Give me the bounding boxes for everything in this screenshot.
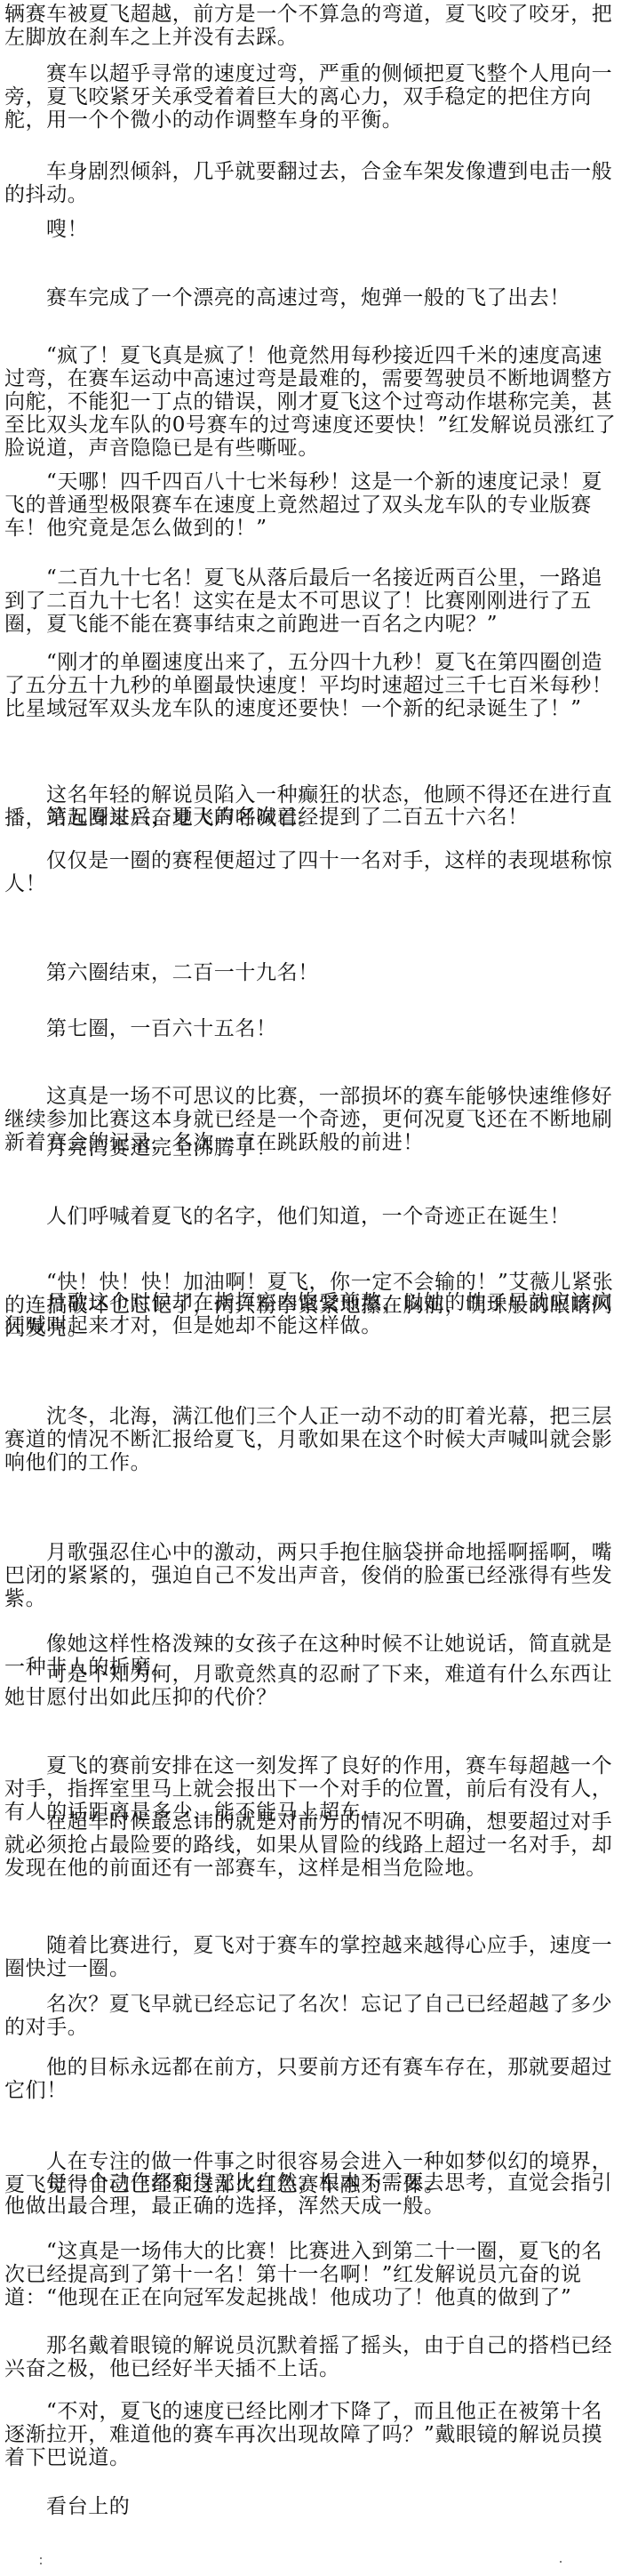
paragraph-31: “这真是一场伟大的比赛！比赛进入到第二十一圈，夏飞的名次已经提高到了第十一名！第… [4,2240,618,2309]
paragraph-14: 第七圈，一百六十五名！ [4,1017,618,1040]
paragraph-25: 在超车时候最忌讳的就是对前方的情况不明确，想要超过对手就必须抢占最险要的路线，如… [4,1810,618,1880]
paragraph-19: 月歌这个时候却在指挥室内饱受煎熬，以她的性子早就应该疯狂喊叫起来才对，但是她却不… [4,1291,618,1337]
paragraph-17: 人们呼喊着夏飞的名字，他们知道，一个奇迹正在诞生！ [4,1205,618,1228]
paragraph-33: “不对，夏飞的速度已经比刚才下降了，而且他正在被第十名逐渐拉开，难道他的赛车再次… [4,2400,618,2469]
paragraph-5: 赛车完成了一个漂亮的高速过弯，炮弹一般的飞了出去！ [4,286,618,309]
document-page: 辆赛车被夏飞超越，前方是一个不算急的弯道，夏飞咬了咬牙，把左脚放在刹车之上并没有… [0,0,622,2576]
paragraph-1: 辆赛车被夏飞超越，前方是一个不算急的弯道，夏飞咬了咬牙，把左脚放在刹车之上并没有… [4,3,618,49]
paragraph-9: “刚才的单圈速度出来了，五分四十九秒！夏飞在第四圈创造了五分五十九秒的单圈最快速… [4,651,618,720]
paragraph-23: 可是不知为何，月歌竟然真的忍耐了下来，难道有什么东西让她甘愿付出如此压抑的代价？ [4,1663,618,1709]
paragraph-3: 车身剧烈倾斜，几乎就要翻过去，合金车架发像遭到电击一般的抖动。 [4,160,618,206]
paragraph-27: 名次？夏飞早就已经忘记了名次！忘记了自己已经超越了多少的对手。 [4,1993,618,2039]
paragraph-2: 赛车以超乎寻常的速度过弯，严重的侧倾把夏飞整个人甩向一旁，夏飞咬紧牙关承受着着巨… [4,62,618,132]
paragraph-20: 沈冬，北海，满江他们三个人正一动不动的盯着光幕，把三层赛道的情况不断汇报给夏飞，… [4,1405,618,1474]
scan-dot-artifact [40,2563,42,2564]
paragraph-28: 他的目标永远都在前方，只要前方还有赛车存在，那就要超过它们！ [4,2056,618,2102]
paragraph-30: 每一个动作都变得无比自然，根本不需要去思考，直觉会指引他做出最合理，最正确的选择… [4,2171,618,2218]
scan-dot-artifact [40,2557,42,2559]
paragraph-8: “二百九十七名！夏飞从落后最后一名接近两百公里，一路追到了二百九十七名！这实在是… [4,566,618,636]
paragraph-21: 月歌强忍住心中的激动，两只手抱住脑袋拼命地摇啊摇啊，嘴巴闭的紧紧的，强迫自己不发… [4,1541,618,1610]
paragraph-13: 第六圈结束，二百一十九名！ [4,961,618,984]
paragraph-7: “天哪！四千四百八十七米每秒！这是一个新的速度记录！夏飞的普通型极限赛车在速度上… [4,470,618,540]
scan-dot-artifact [560,2561,562,2563]
paragraph-26: 随着比赛进行，夏飞对于赛车的掌控越来越得心应手，速度一圈快过一圈。 [4,1934,618,1980]
paragraph-12: 仅仅是一圈的赛程便超过了四十一名对手，这样的表现堪称惊人！ [4,849,618,895]
paragraph-32: 那名戴着眼镜的解说员沉默着摇了摇头，由于自己的搭档已经兴奋之极，他已经好半天插不… [4,2334,618,2380]
paragraph-16: 月亮湾赛道完全沸腾了！ [4,1136,618,1160]
paragraph-6: “疯了！夏飞真是疯了！他竟然用每秒接近四千米的速度高速过弯，在赛车运动中高速过弯… [4,344,618,460]
paragraph-4: 嗖！ [4,218,618,241]
paragraph-11: 第五圈过后，夏飞的名次已经提到了二百五十六名！ [4,806,618,829]
paragraph-34: 看台上的 [4,2495,618,2518]
